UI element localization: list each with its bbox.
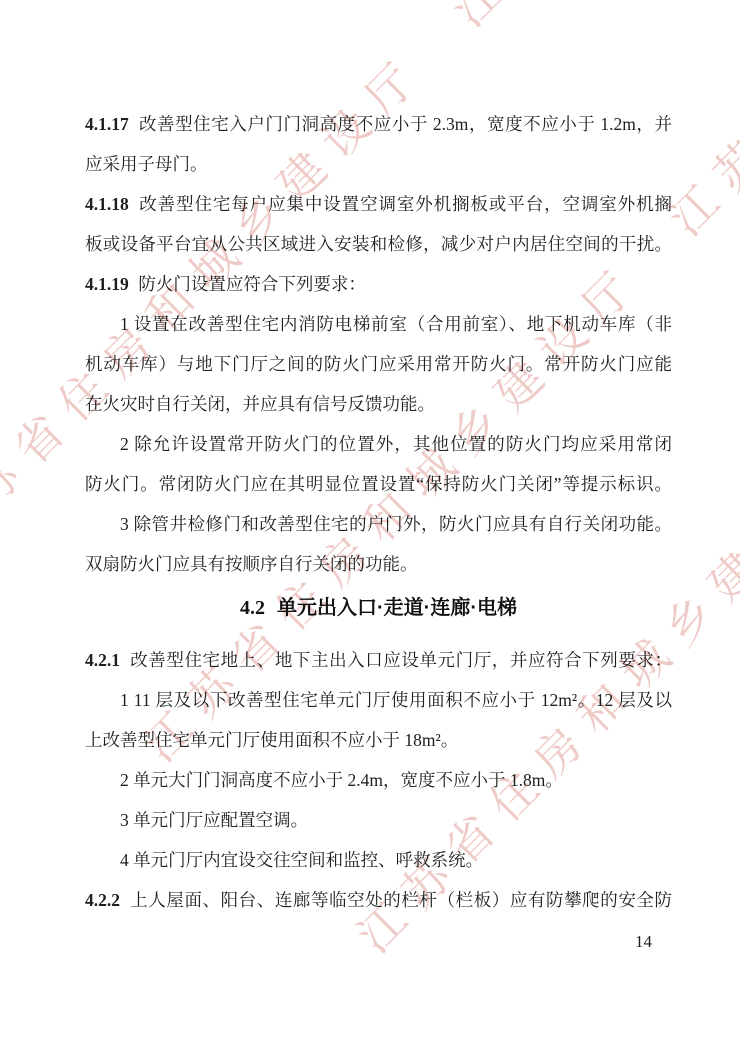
text-line: 4.2.2上人屋面、阳台、连廊等临空处的栏杆（栏板）应有防攀爬的安全防: [85, 880, 672, 920]
text-line: 机动车库）与地下门厅之间的防火门应采用常开防火门。常开防火门应能: [85, 344, 672, 384]
clause-number: 4.1.17: [85, 114, 129, 134]
text-line: 2 除允许设置常开防火门的位置外，其他位置的防火门均应采用常闭: [85, 424, 672, 464]
text-line: 应采用子母门。: [85, 144, 672, 184]
text-line: 双扇防火门应具有按顺序自行关闭的功能。: [85, 544, 672, 584]
section-heading: 4.2单元出入口·走道·连廊·电梯: [85, 592, 672, 624]
clause-number: 4.1.19: [85, 274, 129, 294]
document-page: 江苏省住房和城乡建设厅 江苏省住房和城乡建设厅 江苏省住房和城乡建设厅 江苏省住…: [0, 0, 740, 1046]
clause-number: 4.2.2: [85, 890, 120, 910]
clause-number: 4.1.18: [85, 194, 129, 214]
text-line: 上改善型住宅单元门厅使用面积不应小于 18m²。: [85, 720, 672, 760]
text-line: 4.1.19防火门设置应符合下列要求：: [85, 264, 672, 304]
text-line: 4.1.17改善型住宅入户门门洞高度不应小于 2.3m，宽度不应小于 1.2m，…: [85, 104, 672, 144]
document-body: 4.1.17改善型住宅入户门门洞高度不应小于 2.3m，宽度不应小于 1.2m，…: [0, 0, 740, 1046]
clause-number: 4.2.1: [85, 650, 120, 670]
page-number: 14: [85, 930, 672, 954]
text-line: 防火门。常闭防火门应在其明显位置设置“保持防火门关闭”等提示标识。: [85, 464, 672, 504]
section-title: 单元出入口·走道·连廊·电梯: [277, 597, 517, 619]
clauses-top: 4.1.17改善型住宅入户门门洞高度不应小于 2.3m，宽度不应小于 1.2m，…: [85, 104, 672, 584]
text-line: 2 单元大门门洞高度不应小于 2.4m，宽度不应小于 1.8m。: [85, 760, 672, 800]
text-line: 在火灾时自行关闭，并应具有信号反馈功能。: [85, 384, 672, 424]
clauses-bottom: 4.2.1改善型住宅地上、地下主出入口应设单元门厅，并应符合下列要求：1 11 …: [85, 640, 672, 920]
text-line: 3 单元门厅应配置空调。: [85, 800, 672, 840]
text-line: 1 11 层及以下改善型住宅单元门厅使用面积不应小于 12m²。12 层及以: [85, 680, 672, 720]
text-line: 3 除管井检修门和改善型住宅的户门外，防火门应具有自行关闭功能。: [85, 504, 672, 544]
text-line: 1 设置在改善型住宅内消防电梯前室（合用前室）、地下机动车库（非: [85, 304, 672, 344]
text-line: 4 单元门厅内宜设交往空间和监控、呼救系统。: [85, 840, 672, 880]
text-line: 4.2.1改善型住宅地上、地下主出入口应设单元门厅，并应符合下列要求：: [85, 640, 672, 680]
text-line: 板或设备平台宜从公共区域进入安装和检修，减少对户内居住空间的干扰。: [85, 224, 672, 264]
section-number: 4.2: [240, 597, 265, 619]
text-line: 4.1.18改善型住宅每户应集中设置空调室外机搁板或平台，空调室外机搁: [85, 184, 672, 224]
